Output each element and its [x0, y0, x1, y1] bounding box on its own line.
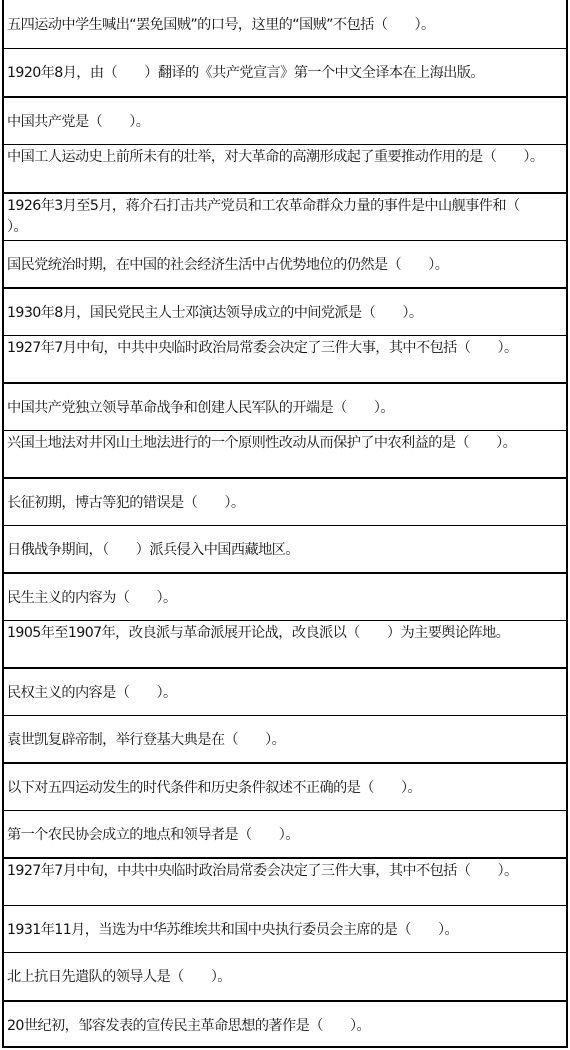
table-row: 五四运动中学生喊出“罢免国贼”的口号，这里的“国贼”不包括（ ）。	[4, 0, 566, 48]
table-row: 长征初期，博古等犯的错误是（ ）。	[4, 477, 566, 525]
question-text: 袁世凯复辟帝制，举行登基大典是在（ ）。	[7, 730, 285, 751]
table-row: 民生主义的内容为（ ）。	[4, 572, 566, 620]
table-row: 1905年至1907年，改良派与革命派展开论战，改良派以（ ）为主要舆论阵地。	[4, 620, 566, 668]
table-row: 兴国土地法对井冈山土地法进行的一个原则性改动从而保护了中农利益的是（ ）。	[4, 430, 566, 478]
table-row: 北上抗日先遣队的领导人是（ ）。	[4, 952, 566, 1000]
table-row: 以下对五四运动发生的时代条件和历史条件叙述不正确的是（ ）。	[4, 762, 566, 810]
table-row: 国民党统治时期，在中国的社会经济生活中占优势地位的仍然是（ ）。	[4, 240, 566, 288]
question-text: 1905年至1907年，改良派与革命派展开论战，改良派以（ ）为主要舆论阵地。	[7, 623, 509, 644]
question-text: 北上抗日先遣队的领导人是（ ）。	[7, 967, 231, 988]
question-text: 中国工人运动史上前所未有的壮举，对大革命的高潮形成起了重要推动作用的是（ ）。	[7, 147, 543, 168]
question-text: 1930年8月，国民党民主人士邓演达领导成立的中间党派是（ ）。	[7, 303, 423, 324]
question-text: 1927年7月中旬，中共中央临时政治局常委会决定了三件大事，其中不包括（ ）。	[7, 338, 518, 359]
question-text: 第一个农民协会成立的地点和领导者是（ ）。	[7, 825, 299, 846]
question-text: 民生主义的内容为（ ）。	[7, 588, 177, 609]
question-text: 五四运动中学生喊出“罢免国贼”的口号，这里的“国贼”不包括（ ）。	[7, 15, 435, 36]
table-row: 中国工人运动史上前所未有的壮举，对大革命的高潮形成起了重要推动作用的是（ ）。	[4, 144, 566, 192]
question-text: 1931年11月，当选为中华苏维埃共和国中央执行委员会主席的是（ ）。	[7, 920, 458, 941]
question-text: 1927年7月中旬，中共中央临时政治局常委会决定了三件大事，其中不包括（ ）。	[7, 861, 518, 882]
question-text: 民权主义的内容是（ ）。	[7, 683, 177, 704]
question-text: 20世纪初，邹容发表的宣传民主革命思想的著作是（ ）。	[7, 1016, 370, 1037]
question-text: 1920年8月，由（ ）翻译的《共产党宣言》第一个中文全译本在上海出版。	[7, 63, 484, 84]
question-text: 中国共产党独立领导革命战争和创建人民军队的开端是（ ）。	[7, 398, 394, 419]
question-text: 兴国土地法对井冈山土地法进行的一个原则性改动从而保护了中农利益的是（ ）。	[7, 433, 516, 454]
table-row: 中国共产党独立领导革命战争和创建人民军队的开端是（ ）。	[4, 382, 566, 430]
table-row: 袁世凯复辟帝制，举行登基大典是在（ ）。	[4, 715, 566, 763]
table-row: 1930年8月，国民党民主人士邓演达领导成立的中间党派是（ ）。	[4, 287, 566, 335]
question-text: 1926年3月至5月，蒋介石打击共产党员和工农革命群众力量的事件是中山舰事件和（…	[7, 196, 562, 238]
table-row: 中国共产党是（ ）。	[4, 96, 566, 144]
table-row: 第一个农民协会成立的地点和领导者是（ ）。	[4, 810, 566, 858]
table-row: 1931年11月，当选为中华苏维埃共和国中央执行委员会主席的是（ ）。	[4, 905, 566, 953]
question-text: 日俄战争期间，（ ）派兵侵入中国西藏地区。	[7, 540, 299, 561]
question-text: 长征初期，博古等犯的错误是（ ）。	[7, 493, 244, 514]
table-row: 1926年3月至5月，蒋介石打击共产党员和工农革命群众力量的事件是中山舰事件和（…	[4, 192, 566, 240]
table-row: 日俄战争期间，（ ）派兵侵入中国西藏地区。	[4, 525, 566, 573]
table-row: 1927年7月中旬，中共中央临时政治局常委会决定了三件大事，其中不包括（ ）。	[4, 857, 566, 905]
question-text: 国民党统治时期，在中国的社会经济生活中占优势地位的仍然是（ ）。	[7, 255, 448, 276]
table-row: 20世纪初，邹容发表的宣传民主革命思想的著作是（ ）。	[4, 1000, 566, 1048]
table-row: 1920年8月，由（ ）翻译的《共产党宣言》第一个中文全译本在上海出版。	[4, 48, 566, 96]
table-row: 民权主义的内容是（ ）。	[4, 667, 566, 715]
question-table: 五四运动中学生喊出“罢免国贼”的口号，这里的“国贼”不包括（ ）。 1920年8…	[2, 0, 568, 1048]
table-row: 1927年7月中旬，中共中央临时政治局常委会决定了三件大事，其中不包括（ ）。	[4, 335, 566, 383]
question-text: 以下对五四运动发生的时代条件和历史条件叙述不正确的是（ ）。	[7, 778, 421, 799]
question-text: 中国共产党是（ ）。	[7, 112, 149, 133]
